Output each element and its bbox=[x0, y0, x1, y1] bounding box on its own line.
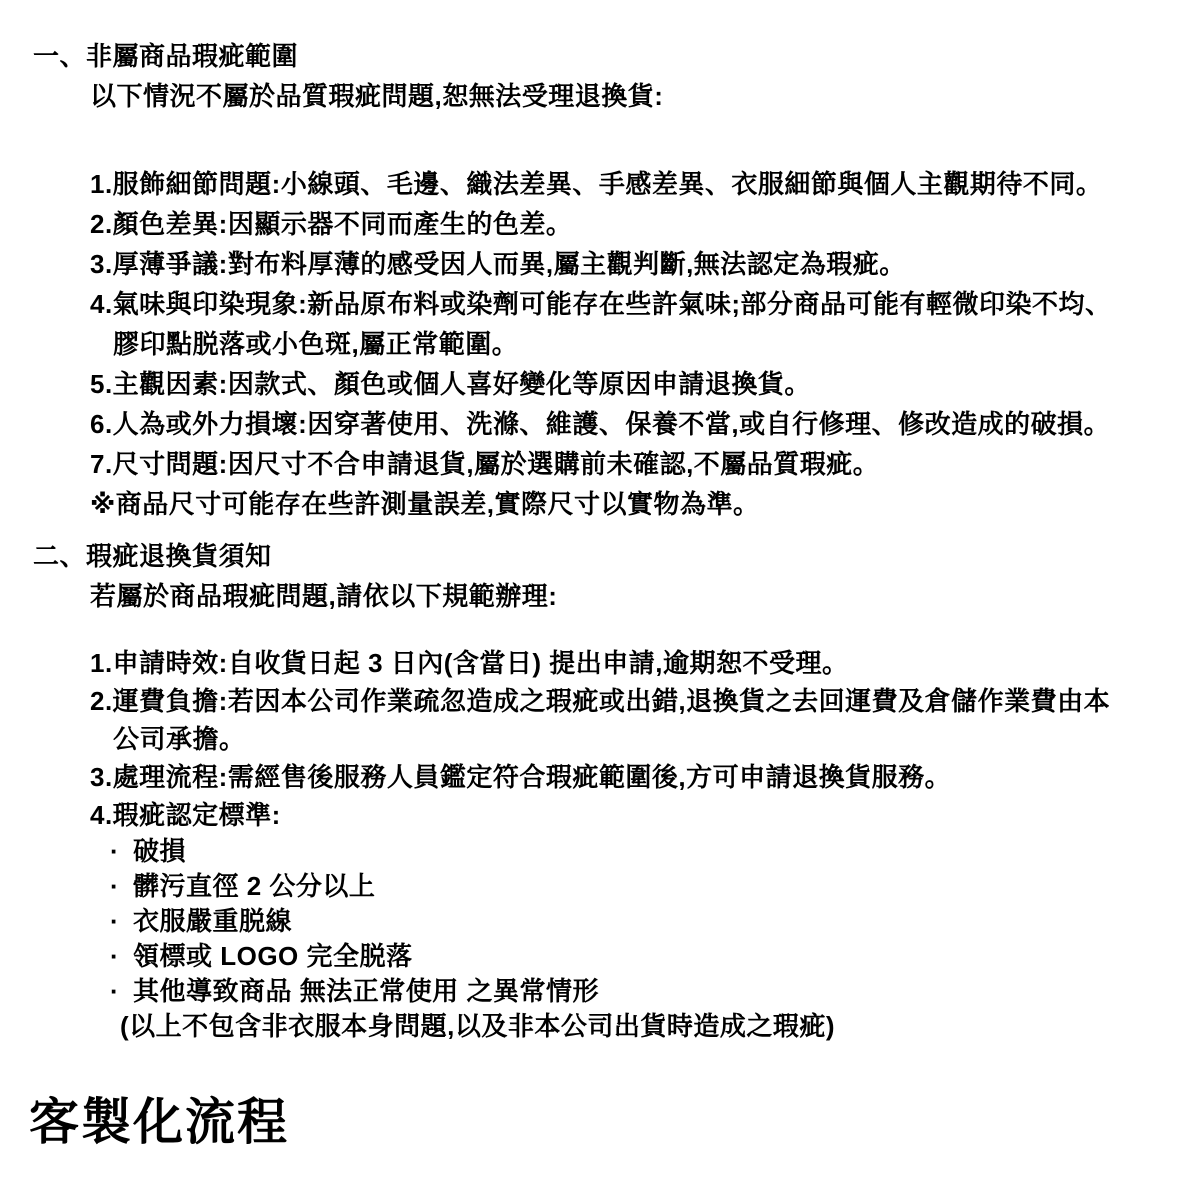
bullet-item-label: 衣服嚴重脱線 bbox=[133, 904, 292, 939]
section-1-item-list: 1.服飾細節問題:小線頭、毛邊、織法差異、手感差異、衣服細節與個人主觀期待不同。… bbox=[90, 164, 1155, 524]
customization-process-title: 客製化流程 bbox=[29, 1096, 1155, 1148]
section-2-item-list: 1.申請時效:自收貨日起 3 日內(含當日) 提出申請,逾期恕不受理。 2.運費… bbox=[90, 644, 1155, 1044]
section-2-intro: 若屬於商品瑕疵問題,請依以下規範辦理: bbox=[90, 576, 1155, 616]
bullet-item-label: 領標或 LOGO 完全脱落 bbox=[133, 939, 413, 974]
bullet-item: · 髒污直徑 2 公分以上 bbox=[110, 869, 1155, 904]
list-item: 3.厚薄爭議:對布料厚薄的感受因人而異,屬主觀判斷,無法認定為瑕疵。 bbox=[90, 244, 1155, 284]
bullet-item-label: 髒污直徑 2 公分以上 bbox=[133, 869, 375, 904]
list-item: 5.主觀因素:因款式、顏色或個人喜好變化等原因申請退換貨。 bbox=[90, 364, 1155, 404]
list-item-continuation: 膠印點脱落或小色斑,屬正常範圍。 bbox=[90, 324, 1155, 364]
bullet-dot-icon: · bbox=[110, 939, 133, 974]
bullet-dot-icon: · bbox=[110, 869, 133, 904]
bullet-dot-icon: · bbox=[110, 834, 133, 869]
section-defect-scope: 一、 非屬商品瑕疵範圍 以下情況不屬於品質瑕疵問題,恕無法受理退換貨: 1.服飾… bbox=[33, 36, 1155, 524]
section-1-heading: 一、 非屬商品瑕疵範圍 bbox=[33, 36, 1155, 76]
section-2-heading: 二、 瑕疵退換貨須知 bbox=[33, 536, 1155, 576]
list-item: 4.氣味與印染現象:新品原布料或染劑可能存在些許氣味;部分商品可能有輕微印染不均… bbox=[90, 284, 1155, 324]
bullet-item-label: 破損 bbox=[133, 834, 186, 869]
bullet-item: · 領標或 LOGO 完全脱落 bbox=[110, 939, 1155, 974]
section-1-intro: 以下情況不屬於品質瑕疵問題,恕無法受理退換貨: bbox=[90, 76, 1155, 116]
list-item: 1.申請時效:自收貨日起 3 日內(含當日) 提出申請,逾期恕不受理。 bbox=[90, 644, 1155, 682]
list-item: 3.處理流程:需經售後服務人員鑑定符合瑕疵範圍後,方可申請退換貨服務。 bbox=[90, 758, 1155, 796]
bullet-item: · 破損 bbox=[110, 834, 1155, 869]
bullet-item: · 其他導致商品 無法正常使用 之異常情形 bbox=[110, 974, 1155, 1009]
list-item-continuation: 公司承擔。 bbox=[90, 720, 1155, 758]
defect-criteria-list: · 破損 · 髒污直徑 2 公分以上 · 衣服嚴重脱線 · 領標或 LOGO 完… bbox=[110, 834, 1155, 1044]
bullet-dot-icon: · bbox=[110, 904, 133, 939]
bullet-item: · 衣服嚴重脱線 bbox=[110, 904, 1155, 939]
list-item: 2.運費負擔:若因本公司作業疏忽造成之瑕疵或出錯,退換貨之去回運費及倉儲作業費由… bbox=[90, 682, 1155, 720]
criteria-exclusion-note: (以上不包含非衣服本身問題,以及非本公司出貨時造成之瑕疵) bbox=[110, 1009, 1155, 1044]
size-disclaimer-note: ※商品尺寸可能存在些許測量誤差,實際尺寸以實物為準。 bbox=[90, 484, 1155, 524]
list-item: 6.人為或外力損壞:因穿著使用、洗滌、維護、保養不當,或自行修理、修改造成的破損… bbox=[90, 404, 1155, 444]
policy-document: 一、 非屬商品瑕疵範圍 以下情況不屬於品質瑕疵問題,恕無法受理退換貨: 1.服飾… bbox=[0, 0, 1181, 1181]
bullet-item-label: 其他導致商品 無法正常使用 之異常情形 bbox=[133, 974, 599, 1009]
list-item: 1.服飾細節問題:小線頭、毛邊、織法差異、手感差異、衣服細節與個人主觀期待不同。 bbox=[90, 164, 1155, 204]
section-return-policy: 二、 瑕疵退換貨須知 若屬於商品瑕疵問題,請依以下規範辦理: 1.申請時效:自收… bbox=[33, 536, 1155, 1044]
bullet-dot-icon: · bbox=[110, 974, 133, 1009]
section-1-title-text: 非屬商品瑕疵範圍 bbox=[86, 36, 298, 76]
list-item: 4.瑕疵認定標準: bbox=[90, 796, 1155, 834]
list-item: 2.顏色差異:因顯示器不同而產生的色差。 bbox=[90, 204, 1155, 244]
list-item: 7.尺寸問題:因尺寸不合申請退貨,屬於選購前未確認,不屬品質瑕疵。 bbox=[90, 444, 1155, 484]
section-2-title-text: 瑕疵退換貨須知 bbox=[86, 536, 272, 576]
section-2-number: 二、 bbox=[33, 536, 86, 576]
section-1-number: 一、 bbox=[33, 36, 86, 76]
